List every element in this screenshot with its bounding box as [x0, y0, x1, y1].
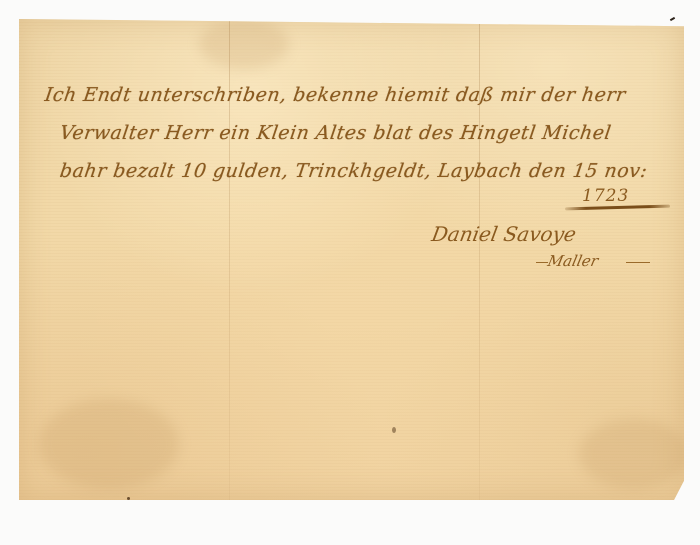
ink-speck — [392, 427, 396, 433]
paper-stain — [579, 419, 689, 489]
text-line-3: bahr bezalt 10 gulden, Trinckhgeldt, Lay… — [58, 160, 648, 182]
paper-stain — [39, 399, 179, 489]
text-line-1: Ich Endt unterschriben, bekenne hiemit d… — [43, 84, 627, 106]
signature-title: Maller — [546, 252, 600, 270]
date-year: 1723 — [582, 186, 629, 206]
signature-flourish — [626, 262, 650, 263]
corner-mark — [670, 17, 675, 21]
signature-name: Daniel Savoye — [430, 222, 578, 246]
ink-speck — [127, 497, 130, 500]
paper-stain — [199, 19, 289, 69]
signature-flourish — [536, 262, 548, 263]
text-line-2: Verwalter Herr ein Klein Altes blat des … — [58, 122, 612, 144]
